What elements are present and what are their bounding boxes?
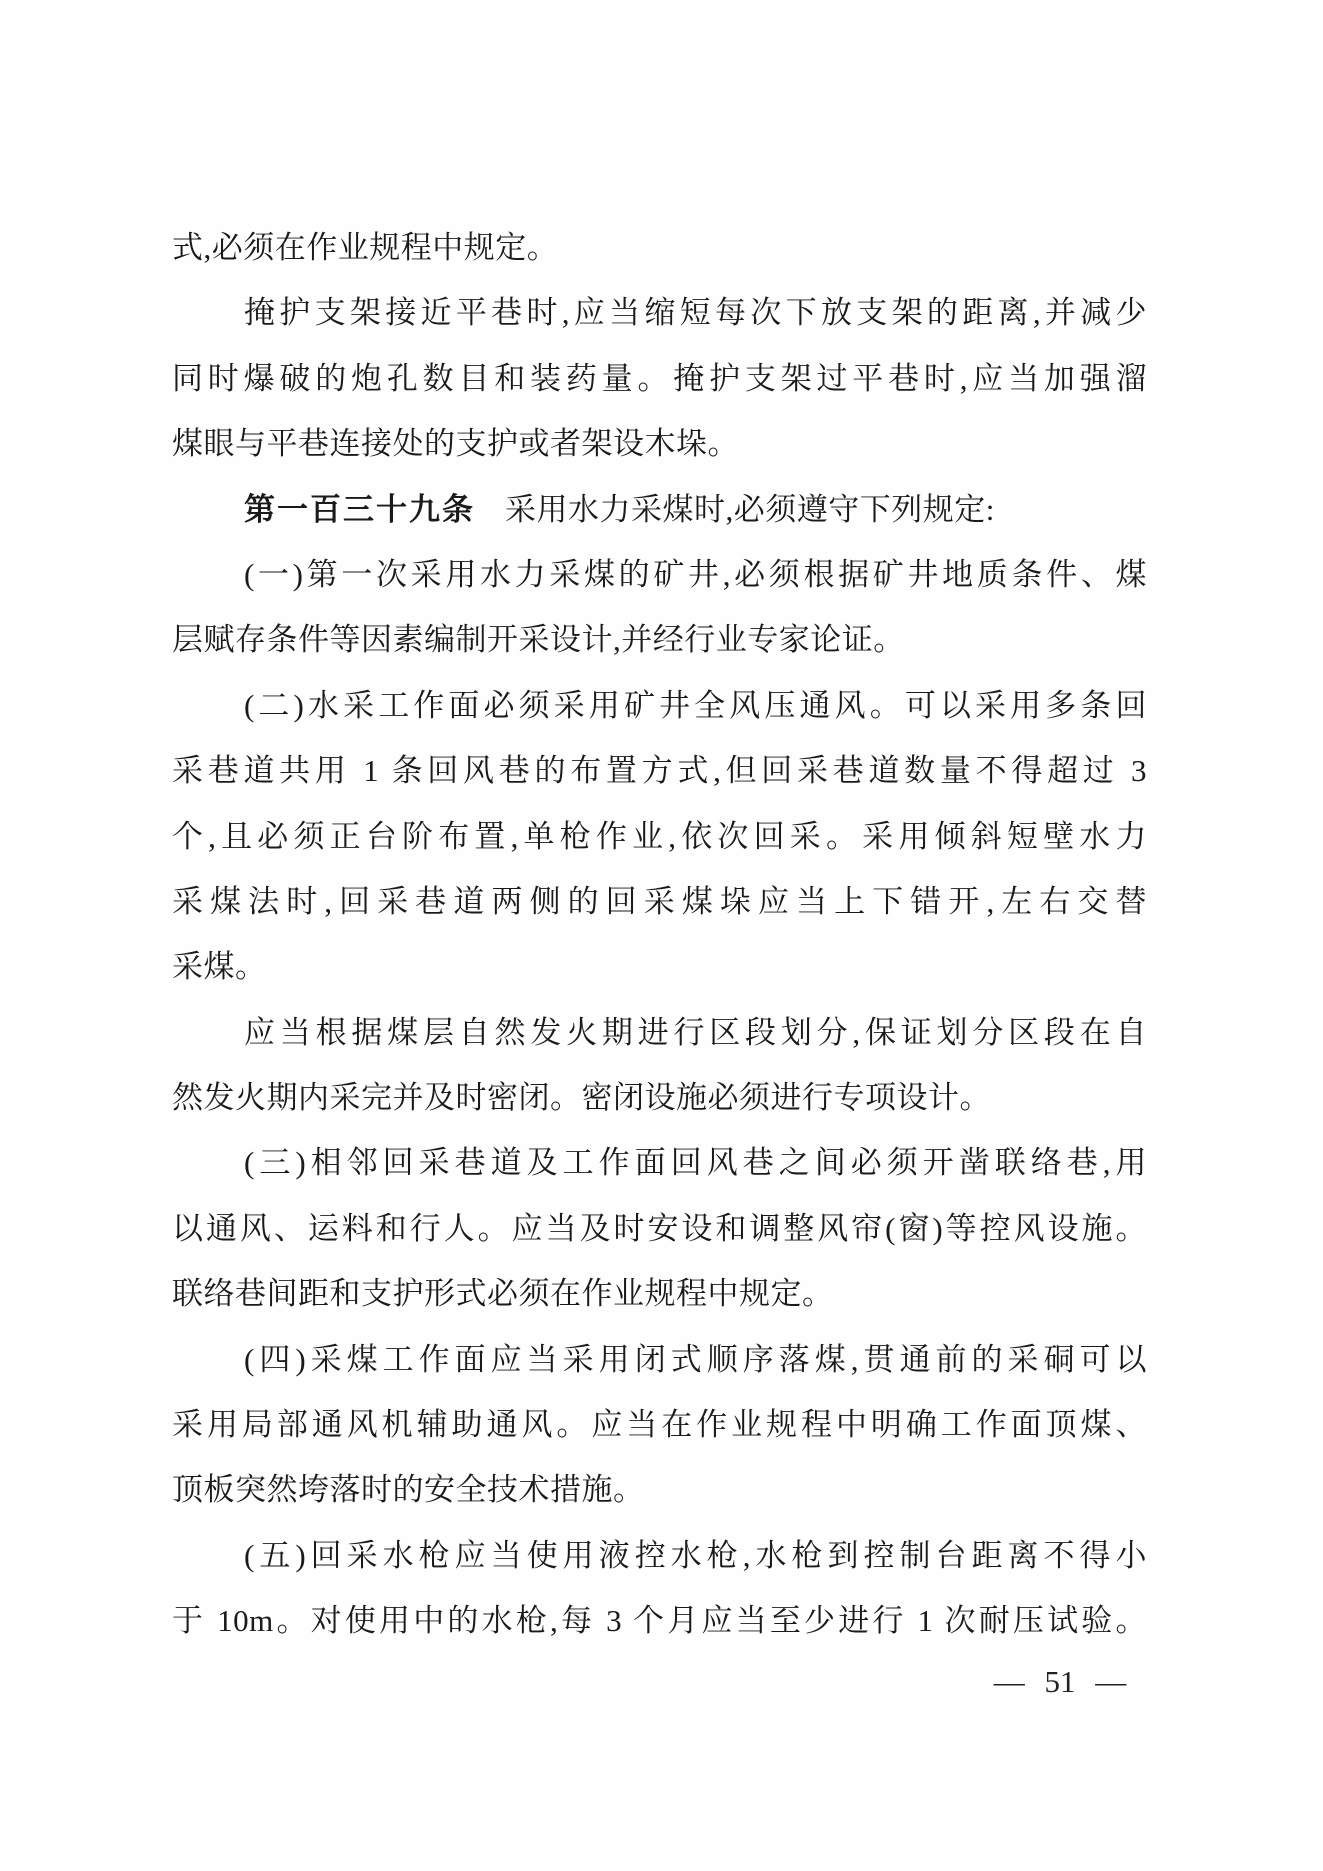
- article-heading-line: 第一百三十九条采用水力采煤时,必须遵守下列规定:: [172, 477, 1147, 542]
- article-number: 第一百三十九条: [244, 492, 475, 527]
- text-line: 采煤法时,回采巷道两侧的回采煤垛应当上下错开,左右交替: [172, 869, 1147, 934]
- text-line: 采煤。: [172, 934, 1147, 999]
- text-line: (二)水采工作面必须采用矿井全风压通风。可以采用多条回: [172, 673, 1147, 738]
- text-line: 然发火期内采完并及时密闭。密闭设施必须进行专项设计。: [172, 1065, 1147, 1130]
- text-line: 层赋存条件等因素编制开采设计,并经行业专家论证。: [172, 607, 1147, 672]
- text-line: 顶板突然垮落时的安全技术措施。: [172, 1457, 1147, 1522]
- text-line: 联络巷间距和支护形式必须在作业规程中规定。: [172, 1261, 1147, 1326]
- text-line: 个,且必须正台阶布置,单枪作业,依次回采。采用倾斜短壁水力: [172, 804, 1147, 869]
- text-line: 于 10m。对使用中的水枪,每 3 个月应当至少进行 1 次耐压试验。: [172, 1588, 1147, 1653]
- text-block: 式,必须在作业规程中规定。掩护支架接近平巷时,应当缩短每次下放支架的距离,并减少…: [172, 215, 1147, 1654]
- page-number: — 51 —: [960, 1660, 1160, 1704]
- text-line: (四)采煤工作面应当采用闭式顺序落煤,贯通前的采硐可以: [172, 1327, 1147, 1392]
- text-line: 掩护支架接近平巷时,应当缩短每次下放支架的距离,并减少: [172, 280, 1147, 345]
- text-line: (三)相邻回采巷道及工作面回风巷之间必须开凿联络巷,用: [172, 1130, 1147, 1195]
- text-line: 应当根据煤层自然发火期进行区段划分,保证划分区段在自: [172, 1000, 1147, 1065]
- text-line: 以通风、运料和行人。应当及时安设和调整风帘(窗)等控风设施。: [172, 1196, 1147, 1261]
- text-line: (一)第一次采用水力采煤的矿井,必须根据矿井地质条件、煤: [172, 542, 1147, 607]
- text-line: 同时爆破的炮孔数目和装药量。掩护支架过平巷时,应当加强溜: [172, 346, 1147, 411]
- text-line: 煤眼与平巷连接处的支护或者架设木垛。: [172, 411, 1147, 476]
- article-heading-text: 采用水力采煤时,必须遵守下列规定:: [505, 492, 995, 527]
- text-line: (五)回采水枪应当使用液控水枪,水枪到控制台距离不得小: [172, 1523, 1147, 1588]
- document-page: 式,必须在作业规程中规定。掩护支架接近平巷时,应当缩短每次下放支架的距离,并减少…: [0, 0, 1323, 1871]
- text-line: 采巷道共用 1 条回风巷的布置方式,但回采巷道数量不得超过 3: [172, 738, 1147, 803]
- text-line: 采用局部通风机辅助通风。应当在作业规程中明确工作面顶煤、: [172, 1392, 1147, 1457]
- text-line: 式,必须在作业规程中规定。: [172, 215, 1147, 280]
